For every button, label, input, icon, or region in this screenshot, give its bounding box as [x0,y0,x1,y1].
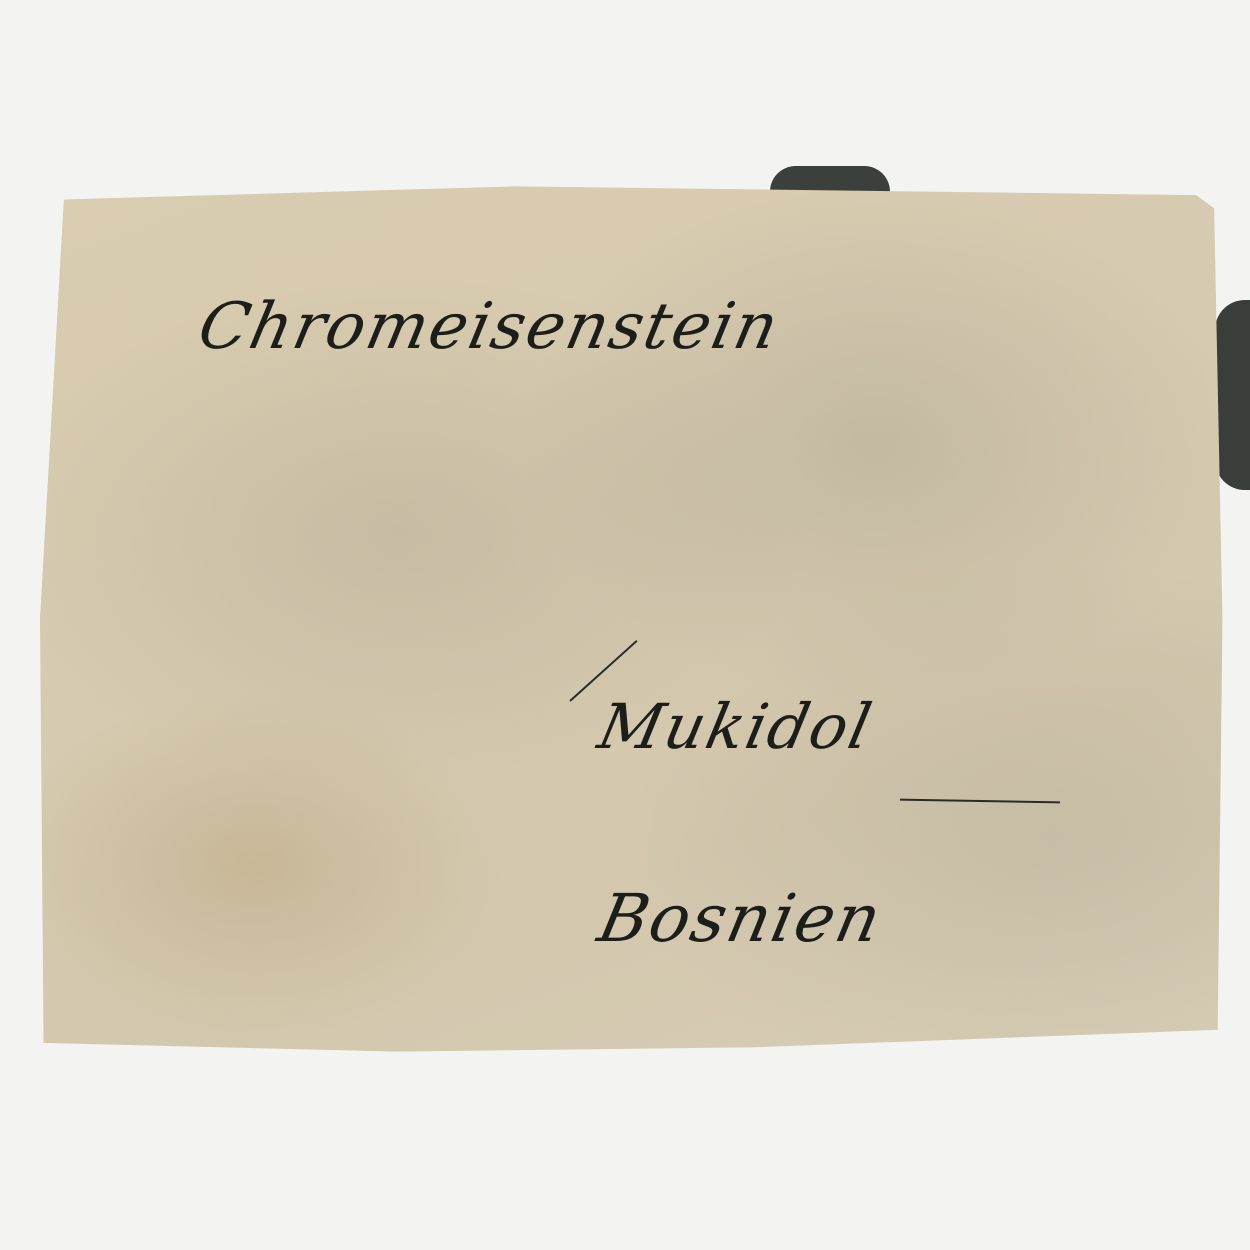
label-locality: Mukidol [592,690,879,763]
specimen-stone-edge-right [1215,300,1250,490]
label-country: Bosnien [592,880,890,957]
label-mineral-name: Chromeisenstein [192,290,786,364]
